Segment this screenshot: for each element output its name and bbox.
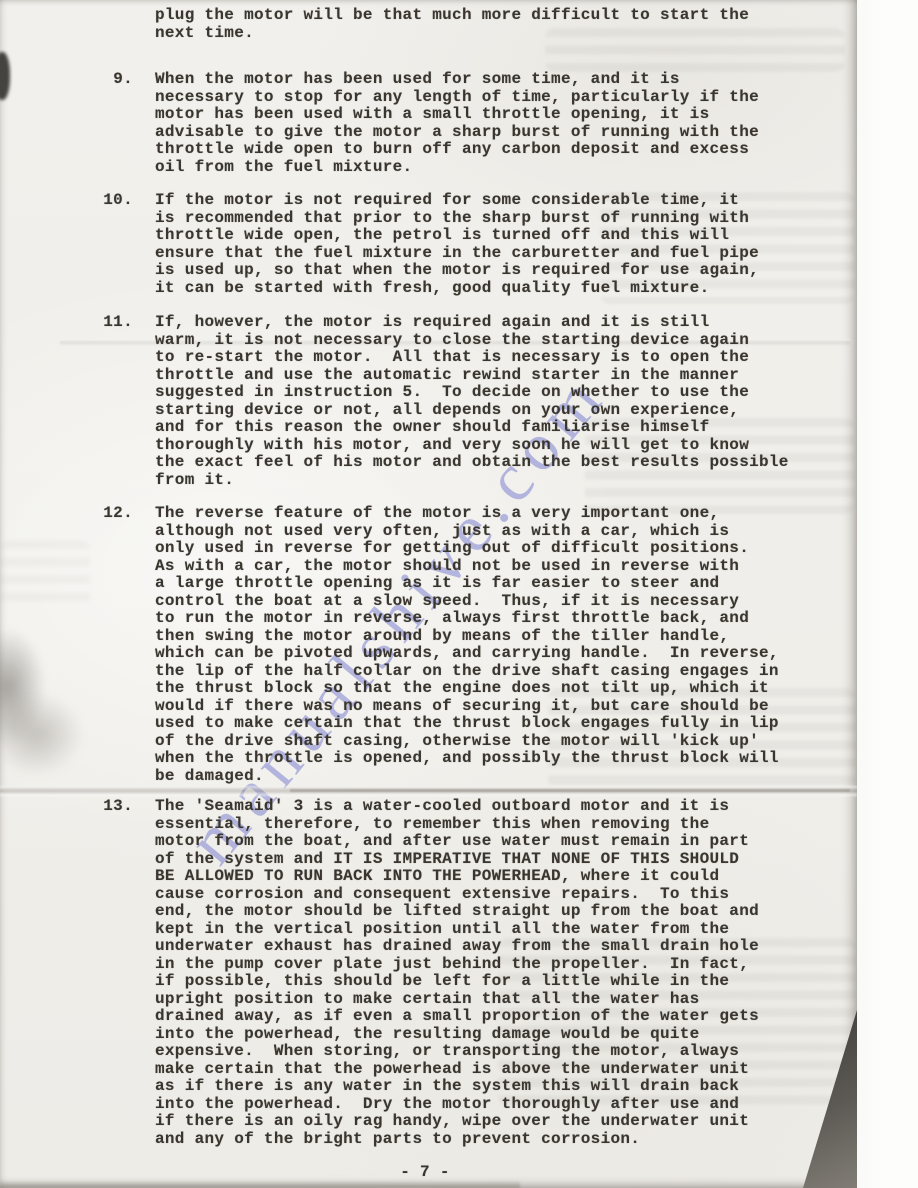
edge-mark [0, 52, 10, 100]
paragraph-number: 13. [85, 798, 133, 816]
numbered-paragraph-10: 10. If the motor is not required for som… [85, 192, 855, 297]
scanned-page: manualshive.com plug the motor will be t… [0, 0, 918, 1188]
paragraph-number: 10. [85, 192, 133, 210]
scanner-background-strip [857, 0, 918, 1188]
ink-smudge [0, 692, 84, 776]
numbered-paragraph-11: 11. If, however, the motor is required a… [85, 314, 855, 489]
paragraph-text: If the motor is not required for some co… [155, 192, 855, 297]
paragraph-text: The 'Seamaid' 3 is a water-cooled outboa… [155, 798, 855, 1148]
numbered-paragraph-12: 12. The reverse feature of the motor is … [85, 505, 855, 785]
ghost-text-showthrough [0, 540, 90, 610]
paragraph-number: 9. [85, 71, 133, 89]
numbered-paragraph-13: 13. The 'Seamaid' 3 is a water-cooled ou… [85, 798, 855, 1148]
paragraph-text: If, however, the motor is required again… [155, 314, 855, 489]
continuation-paragraph: plug the motor will be that much more di… [155, 7, 855, 42]
paper-sheet: manualshive.com plug the motor will be t… [0, 0, 857, 1188]
paper-crease [290, 789, 850, 792]
paragraph-number: 12. [85, 505, 133, 523]
paragraph-text: The reverse feature of the motor is a ve… [155, 505, 855, 785]
paragraph-text: When the motor has been used for some ti… [155, 71, 855, 176]
paragraph-number: 11. [85, 314, 133, 332]
numbered-paragraph-9: 9. When the motor has been used for some… [85, 71, 855, 176]
page-number: - 7 - [0, 1164, 850, 1182]
